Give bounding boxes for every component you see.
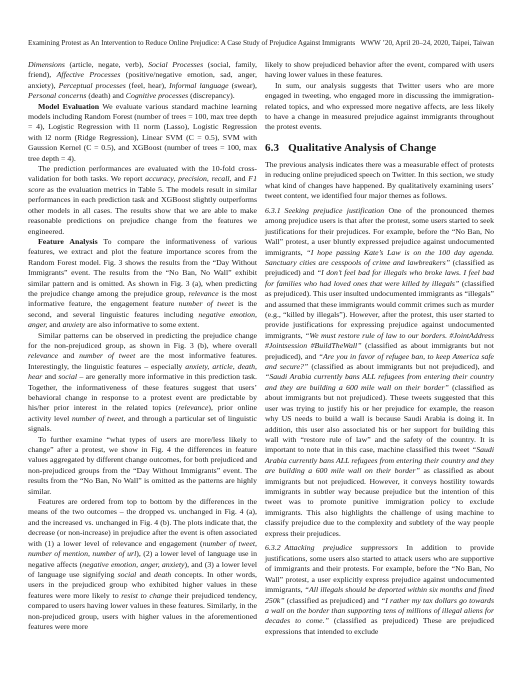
paragraph-feature-ordering: Features are ordered from top to bottom … <box>28 497 257 632</box>
text-run: Feature Analysis <box>38 237 98 246</box>
section-title: Qualitative Analysis of Change <box>288 142 436 154</box>
text-run: (discrepancy). <box>188 91 234 100</box>
text-run: Cognitive processes <box>126 91 188 100</box>
paragraph-632-attacking-suppressors: 6.3.2 Attacking prejudice suppressors In… <box>265 543 494 637</box>
text-run: (article, negate, verb), <box>65 60 148 69</box>
text-run: Social Processes <box>148 60 203 69</box>
text-run: are also informative to some extent. <box>85 320 199 329</box>
running-header-venue: WWW ’20, April 20–24, 2020, Taipei, Taiw… <box>360 39 494 47</box>
text-run: Dimensions <box>28 60 65 69</box>
text-run: Similar patterns can be observed in pred… <box>28 331 257 350</box>
paragraph-further-examine: To further examine “what types of users … <box>28 435 257 497</box>
text-run: as the evaluation metrics in Table 5. Th… <box>28 185 257 236</box>
text-run: (swear), <box>229 81 257 90</box>
text-run: anxiety <box>63 320 86 329</box>
paragraph-631-seeking-justification: 6.3.1 Seeking prejudice justification On… <box>265 206 494 539</box>
text-run: In sum, our analysis suggests that Twitt… <box>265 81 494 132</box>
paragraph-in-sum: In sum, our analysis suggests that Twitt… <box>265 81 494 133</box>
running-header: Examining Protest as An Intervention to … <box>28 39 494 47</box>
text-run: The previous analysis indicates there wa… <box>265 160 494 200</box>
text-run: number of tweet <box>179 299 234 308</box>
text-run: and <box>58 351 79 360</box>
text-run: number of tweet <box>72 414 124 423</box>
text-run: relevance <box>189 289 219 298</box>
text-run: accuracy, precision, recall, <box>145 174 231 183</box>
right-column: likely to show prejudiced behavior after… <box>265 60 494 637</box>
text-run: 6.3.2 Attacking prejudice suppressors <box>265 543 398 552</box>
text-run: To further examine “what types of users … <box>28 435 257 496</box>
text-run: Perceptual processes <box>59 81 126 90</box>
paragraph-liwc-dimensions: Dimensions (article, negate, verb), Soci… <box>28 60 257 102</box>
text-run: Affective Processes <box>57 70 121 79</box>
section-number: 6.3 <box>265 142 279 154</box>
text-run: Personal concerns <box>28 91 86 100</box>
section-heading-63: 6.3Qualitative Analysis of Change <box>265 142 494 155</box>
paragraph-similar-patterns: Similar patterns can be observed in pred… <box>28 331 257 435</box>
text-run: and <box>47 320 62 329</box>
text-run: (classified as prejudiced) and <box>285 596 381 605</box>
paragraph-prediction-performance: The prediction performances are evaluate… <box>28 164 257 237</box>
two-column-body: Dimensions (article, negate, verb), Soci… <box>28 60 494 637</box>
text-run: Model Evaluation <box>38 102 99 111</box>
left-column: Dimensions (article, negate, verb), Soci… <box>28 60 257 637</box>
text-run: as classified as about immigrants but no… <box>265 466 494 537</box>
paragraph-previous-analysis: The previous analysis indicates there wa… <box>265 160 494 202</box>
running-header-title: Examining Protest as An Intervention to … <box>28 39 355 47</box>
text-run: resist to change <box>121 591 172 600</box>
text-run: 6.3.1 Seeking prejudice justification <box>265 206 384 215</box>
text-run: (classified as about immigrants but not … <box>308 362 494 371</box>
text-run: likely to show prejudiced behavior after… <box>265 60 494 79</box>
text-run: and <box>42 372 58 381</box>
paper-page: Examining Protest as An Intervention to … <box>0 0 521 700</box>
text-run: (classified as about immigrants but not … <box>265 383 494 454</box>
paragraph-feature-analysis: Feature Analysis To compare the informat… <box>28 237 257 331</box>
paragraph-continuation: likely to show prejudiced behavior after… <box>265 60 494 81</box>
text-run: negative emotion, anger, anxiety <box>82 560 184 569</box>
text-run: relevance <box>178 403 208 412</box>
text-run: social <box>58 372 77 381</box>
text-run: and <box>232 174 249 183</box>
text-run: social <box>118 570 137 579</box>
text-run: (death) and <box>86 91 125 100</box>
text-run: (feel, hear), <box>126 81 169 90</box>
text-run: death <box>154 570 171 579</box>
paragraph-model-evaluation: Model Evaluation We evaluate various sta… <box>28 102 257 164</box>
text-run: relevance <box>28 351 58 360</box>
text-run: number of tweet <box>79 351 135 360</box>
text-run: Informal language <box>169 81 228 90</box>
text-run: and <box>136 570 154 579</box>
